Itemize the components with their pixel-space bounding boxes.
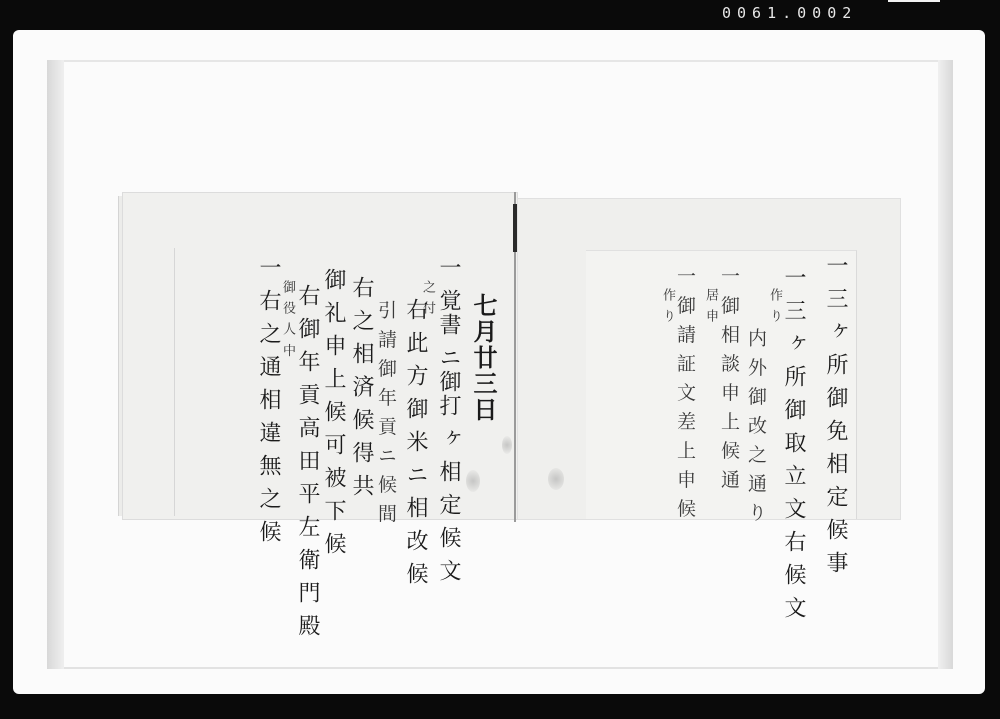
paper-stain [502,436,512,454]
text-column: 一 御 相 談 申 上 候 通 [716,266,743,490]
paper-stain [466,470,480,492]
text-column: 右 之 相 済 候 得 共 [346,276,377,498]
text-column: 右 此 方 御 米 ニ 相 改 候 [400,298,431,586]
spine-binding-thread [513,204,517,252]
open-manuscript: 七月廿三日 一 覚書 ニ御打 ヶ 相 定 候 文 之 付 右 此 方 御 米 ニ… [118,188,908,526]
mount-border-right [938,60,953,669]
left-page-fold-line [174,248,175,516]
text-column: 作 り [765,288,784,324]
paper-stain [548,468,564,490]
text-column: 一 覚書 ニ御打 ヶ 相 定 候 文 [433,256,464,583]
text-column: 一 三 ヶ 所 御 免 相 定 候 事 [820,254,851,575]
film-edge-marker [888,0,940,2]
text-column: 作 り [658,288,677,324]
text-column: 内 外 御 改 之 通 り [743,328,770,523]
text-column: 居 申 [701,288,720,324]
mount-border-left [47,60,64,669]
text-column: 引 請 御 年 貢 ニ 候 間 [373,300,400,524]
microfilm-frame-number: 0061.0002 [722,4,857,22]
text-column: 一 右 之 通 相 違 無 之 候 [253,256,284,544]
date-heading: 七月廿三日 [466,293,501,423]
